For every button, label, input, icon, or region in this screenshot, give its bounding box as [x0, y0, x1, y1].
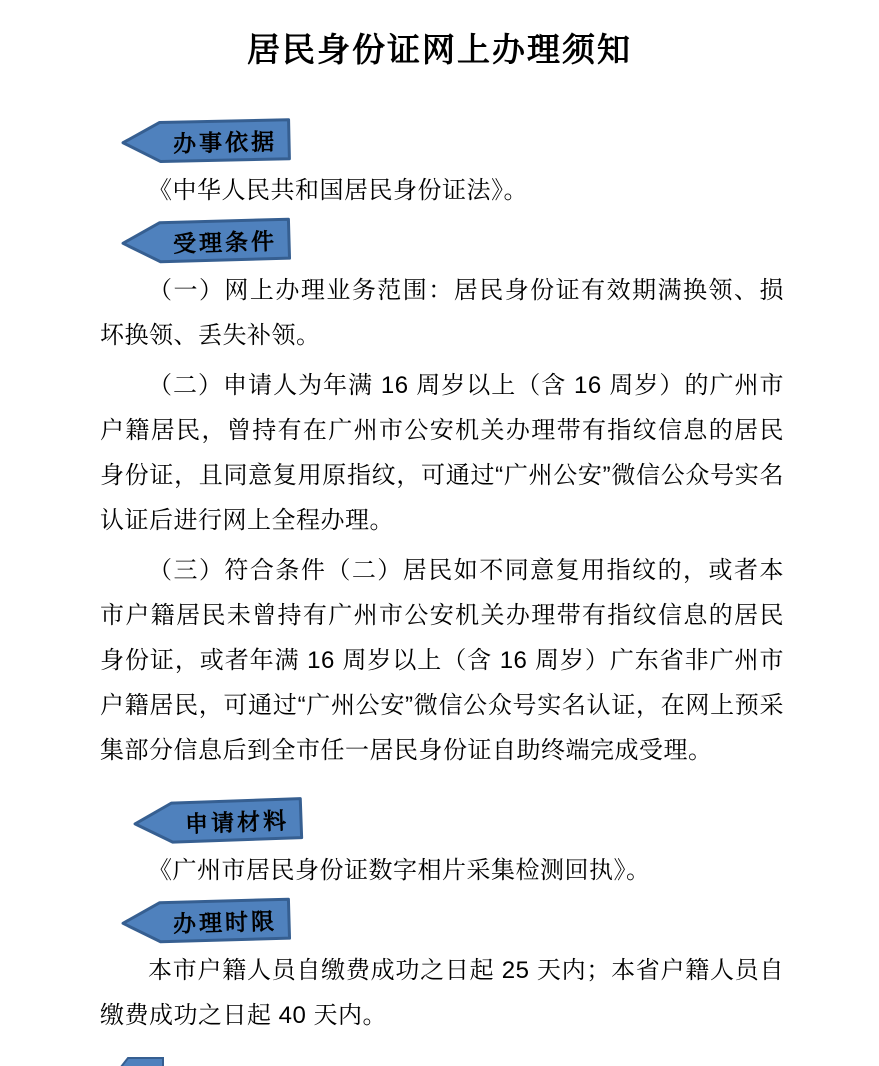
- left-arrow-banner-top-edge-icon: [116, 1056, 164, 1066]
- paragraph-condition-3: （三）符合条件（二）居民如不同意复用指纹的，或者本市户籍居民未曾持有广州市公安机…: [100, 548, 784, 773]
- page-title: 居民身份证网上办理须知: [0, 0, 879, 71]
- section-banner-time-limit: 办理时限: [119, 897, 292, 946]
- section-heading-time-limit: 办理时限: [119, 897, 292, 946]
- document-body: 办事依据 《中华人民共和国居民身份证法》。 受理条件 （一）网上办理业务范围：居…: [100, 119, 784, 1038]
- paragraph-condition-2: （二）申请人为年满 16 周岁以上（含 16 周岁）的广州市户籍居民，曾持有在广…: [100, 363, 784, 543]
- section-heading-materials: 申请材料: [131, 796, 304, 846]
- paragraph-materials-receipt: 《广州市居民身份证数字相片采集检测回执》。: [100, 848, 784, 893]
- cutoff-banner-fragment: [116, 1056, 164, 1066]
- paragraph-time-limit: 本市户籍人员自缴费成功之日起 25 天内；本省户籍人员自缴费成功之日起 40 天…: [100, 948, 784, 1038]
- section-heading-basis: 办事依据: [120, 117, 293, 165]
- section-banner-basis: 办事依据: [120, 117, 293, 165]
- section-banner-materials: 申请材料: [131, 796, 304, 846]
- section-heading-conditions: 受理条件: [119, 217, 292, 266]
- section-banner-conditions: 受理条件: [119, 217, 292, 266]
- document-page: { "page": { "title": "居民身份证网上办理须知" }, "s…: [0, 0, 879, 1066]
- paragraph-condition-1: （一）网上办理业务范围：居民身份证有效期满换领、损坏换领、丢失补领。: [100, 268, 784, 358]
- paragraph-basis-law: 《中华人民共和国居民身份证法》。: [100, 168, 784, 213]
